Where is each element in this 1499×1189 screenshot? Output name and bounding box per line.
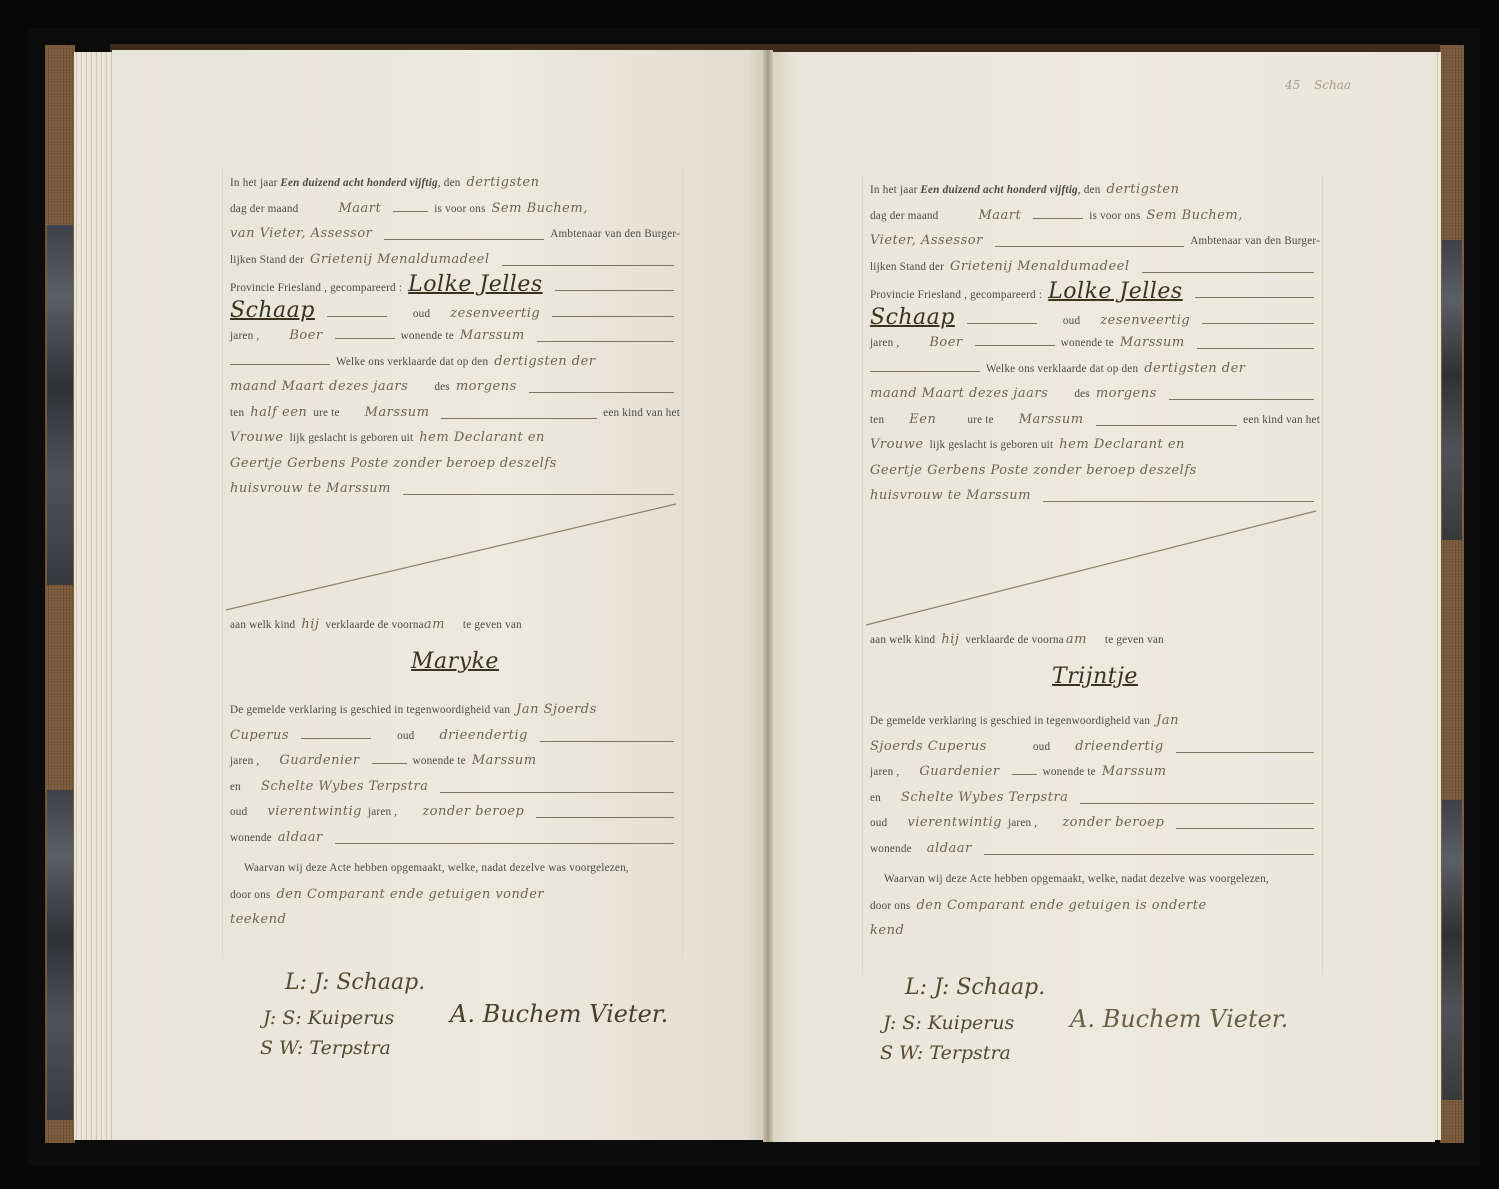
row-hour: ten Een ure te Marssum een kind van het	[870, 407, 1320, 433]
label-wonende: wonende	[870, 837, 912, 863]
birth-day-value: dertigsten der	[1144, 356, 1245, 382]
birth-month-value: maand Maart dezes jaars	[870, 381, 1048, 407]
child-name-value: Trijntje	[1052, 664, 1138, 689]
fill-line	[1169, 387, 1314, 400]
row-name-given: aan welk kind hij verklaarde de voorna a…	[870, 627, 1320, 653]
voorna-suffix: am	[1066, 627, 1087, 653]
label-intro: In het jaar	[230, 171, 278, 197]
fill-line	[1195, 285, 1314, 298]
strike-through-line	[218, 502, 688, 612]
child-name-value: Maryke	[411, 649, 499, 674]
label-aan-welk-kind: aan welk kind	[230, 613, 295, 639]
fill-line	[335, 831, 674, 844]
fill-line	[1176, 740, 1314, 753]
row-welke: Welke ons verklaarde dat op den dertigst…	[230, 349, 680, 375]
label-den: , den	[1078, 178, 1101, 204]
municipality-value: Grietenij Menaldumadeel	[950, 254, 1129, 280]
witness2-residence-value: aldaar	[278, 825, 323, 851]
hour-value: half een	[250, 400, 307, 426]
label-aan-welk-kind: aan welk kind	[870, 628, 935, 654]
row-declarant-occupation: jaren , Boer wonende te Marssum	[230, 323, 680, 349]
witness1-age-value: drieendertig	[1075, 734, 1163, 760]
witness1-age-value: drieendertig	[439, 723, 527, 749]
row-birth-month: maand Maart dezes jaars des morgens	[230, 374, 680, 400]
page-annotation: Schaa	[1314, 78, 1351, 92]
witness2-occupation-value: zonder beroep	[1062, 810, 1164, 836]
parents-line-1: hem Declarant en	[419, 425, 545, 451]
marbled-endpaper-left-upper	[47, 225, 73, 585]
fill-line	[1096, 413, 1238, 426]
fill-line	[967, 313, 1037, 324]
row-sex: Vrouwe lijk geslacht is geboren uit hem …	[870, 432, 1320, 458]
fill-line	[502, 253, 674, 266]
signature-official: A. Buchem Vieter.	[450, 1000, 668, 1028]
official-title-value: Vieter, Assessor	[870, 228, 983, 254]
fill-line	[1080, 791, 1314, 804]
label-gemelde: De gemelde verklaring is geschied in teg…	[870, 709, 1150, 735]
witness2-name-value: Schelte Wybes Terpstra	[261, 774, 428, 800]
label-ambtenaar: Ambtenaar van den Burger-	[1190, 229, 1320, 255]
month-value: Maart	[338, 196, 381, 222]
birth-record-left: In het jaar Een duizend acht honderd vij…	[230, 170, 680, 933]
signature-official: A. Buchem Vieter.	[1070, 1005, 1288, 1033]
label-welke-ons: Welke ons verklaarde dat op den	[986, 357, 1138, 383]
birth-day-value: dertigsten der	[494, 349, 595, 375]
label-oud: oud	[397, 724, 414, 750]
strike-through-line	[858, 509, 1328, 627]
label-oud: oud	[230, 800, 247, 826]
year-words: Een duizend acht honderd vijftig	[280, 177, 437, 189]
row-municipality: lijken Stand der Grietenij Menaldumadeel	[230, 247, 680, 273]
struck-out-space	[230, 502, 680, 612]
fill-line	[393, 201, 428, 212]
witness1-first-value: Jan Sjoerds	[516, 697, 597, 723]
label-te-geven-van: te geven van	[1105, 628, 1164, 654]
label-jaren: jaren ,	[230, 749, 259, 775]
fill-line	[1176, 816, 1314, 829]
row-witness1-occupation: jaren , Guardenier wonende te Marssum	[230, 748, 680, 774]
signature-declarant: L: J: Schaap.	[285, 970, 425, 995]
page-number-value: 45	[1285, 78, 1300, 92]
row-signed-2: kend	[870, 918, 1320, 944]
label-jaren: jaren ,	[870, 331, 899, 357]
row-waarvan: Waarvan wij deze Acte hebben opgemaakt, …	[230, 856, 680, 882]
page-stack-left	[74, 52, 114, 1140]
fill-line	[536, 805, 674, 818]
label-des: des	[1074, 382, 1090, 408]
signed-by-line-1: den Comparant ende getuigen vonder	[276, 882, 544, 908]
label-waarvan: Waarvan wij deze Acte hebben opgemaakt, …	[884, 867, 1269, 893]
signature-witness1: J: S: Kuiperus	[883, 1012, 1014, 1034]
witness1-last-value: Cuperus	[230, 723, 289, 749]
label-month: dag der maand	[230, 197, 298, 223]
pronoun-value: hij	[941, 627, 959, 653]
fill-line	[1197, 336, 1314, 349]
label-en: en	[230, 775, 241, 801]
row-witnesses: De gemelde verklaring is geschied in teg…	[870, 708, 1320, 734]
label-ten: ten	[230, 401, 244, 427]
fill-line	[1012, 764, 1037, 775]
signature-witness2: S W: Terpstra	[260, 1037, 391, 1059]
day-value: dertigsten	[467, 170, 540, 196]
book-gutter	[763, 50, 773, 1142]
row-declarant: Provincie Friesland , gecompareerd : Lol…	[870, 279, 1320, 305]
signatures-right: L: J: Schaap. J: S: Kuiperus S W: Terpst…	[875, 970, 1335, 1090]
row-municipality: lijken Stand der Grietenij Menaldumadeel	[870, 254, 1320, 280]
municipality-value: Grietenij Menaldumadeel	[310, 247, 489, 273]
label-door-ons: door ons	[870, 894, 910, 920]
label-wonende-te: wonende te	[1061, 331, 1114, 357]
label-oud: oud	[870, 811, 887, 837]
child-name-block: Maryke	[230, 637, 680, 687]
birth-record-right: In het jaar Een duizend acht honderd vij…	[870, 177, 1320, 944]
label-intro: In het jaar	[870, 178, 918, 204]
day-value: dertigsten	[1107, 177, 1180, 203]
row-year: In het jaar Een duizend acht honderd vij…	[870, 177, 1320, 203]
fill-line	[372, 753, 407, 764]
label-burgerlijke-stand: lijken Stand der	[870, 255, 944, 281]
fill-line	[1033, 208, 1083, 219]
row-witness2: en Schelte Wybes Terpstra	[870, 785, 1320, 811]
declarant-residence-value: Marssum	[1120, 330, 1185, 356]
row-witness2-residence: wonende aldaar	[870, 836, 1320, 862]
fill-line	[975, 335, 1055, 346]
label-ure-te: ure te	[313, 401, 339, 427]
fill-line	[1202, 311, 1314, 324]
row-parents-2: Geertje Gerbens Poste zonder beroep desz…	[870, 458, 1320, 484]
label-ten: ten	[870, 408, 884, 434]
row-hour: ten half een ure te Marssum een kind van…	[230, 400, 680, 426]
parents-line-2: Geertje Gerbens Poste zonder beroep desz…	[230, 451, 557, 477]
row-witness2: en Schelte Wybes Terpstra	[230, 774, 680, 800]
witness2-occupation-value: zonder beroep	[422, 799, 524, 825]
fill-line	[335, 328, 395, 339]
witness2-age-value: vierentwintig	[907, 810, 1002, 836]
row-witness2-residence: wonende aldaar	[230, 825, 680, 851]
row-welke: Welke ons verklaarde dat op den dertigst…	[870, 356, 1320, 382]
time-of-day-value: morgens	[1096, 381, 1157, 407]
official-value: Sem Buchem,	[1147, 203, 1243, 229]
label-jaren: jaren ,	[368, 800, 397, 826]
label-month: dag der maand	[870, 204, 938, 230]
witness2-name-value: Schelte Wybes Terpstra	[901, 785, 1068, 811]
row-month: dag der maand Maart is voor ons Sem Buch…	[230, 196, 680, 222]
row-parents-3: huisvrouw te Marssum	[870, 483, 1320, 509]
fill-line	[529, 380, 674, 393]
fill-line	[440, 780, 674, 793]
fill-line	[230, 354, 330, 365]
fill-line	[441, 406, 597, 419]
declarant-name-value: Lolke Jelles	[1048, 279, 1182, 305]
declarant-surname-value: Schaap	[870, 305, 955, 331]
label-voor-ons: is voor ons	[434, 197, 485, 223]
row-parents-2: Geertje Gerbens Poste zonder beroep desz…	[230, 451, 680, 477]
parents-line-3: huisvrouw te Marssum	[870, 483, 1031, 509]
label-voor-ons: is voor ons	[1089, 204, 1140, 230]
fill-line	[384, 227, 544, 240]
row-official: van Vieter, Assessor Ambtenaar van den B…	[230, 221, 680, 247]
witness1-occupation-value: Guardenier	[919, 759, 999, 785]
label-oud: oud	[1033, 735, 1050, 761]
signed-by-line-2: kend	[870, 918, 904, 944]
label-wonende-te: wonende te	[1043, 760, 1096, 786]
marbled-endpaper-right-lower	[1442, 800, 1462, 1100]
fill-line	[301, 728, 371, 739]
fill-line	[540, 729, 674, 742]
label-gemelde: De gemelde verklaring is geschied in teg…	[230, 698, 510, 724]
parents-line-2: Geertje Gerbens Poste zonder beroep desz…	[870, 458, 1197, 484]
witness1-residence-value: Marssum	[472, 748, 537, 774]
row-witness1-occupation: jaren , Guardenier wonende te Marssum	[870, 759, 1320, 785]
fill-line	[555, 278, 674, 291]
label-voorna: verklaarde de voorna	[325, 613, 423, 639]
row-witness2-age: oud vierentwintig jaren , zonder beroep	[230, 799, 680, 825]
declarant-occupation-value: Boer	[289, 323, 322, 349]
label-ure-te: ure te	[967, 408, 993, 434]
row-name-given: aan welk kind hij verklaarde de voorna a…	[230, 612, 680, 638]
child-name-block: Trijntje	[870, 652, 1320, 702]
hour-value: Een	[909, 407, 936, 433]
time-of-day-value: morgens	[456, 374, 517, 400]
month-value: Maart	[978, 203, 1021, 229]
label-jaren: jaren ,	[1008, 811, 1037, 837]
declarant-name-value: Lolke Jelles	[408, 272, 542, 298]
pronoun-value: hij	[301, 612, 319, 638]
page-number: 45 Schaa	[1285, 78, 1351, 92]
fill-line	[552, 304, 674, 317]
parents-line-1: hem Declarant en	[1059, 432, 1185, 458]
signed-by-line-1: den Comparant ende getuigen is onderte	[916, 893, 1206, 919]
label-wonende: wonende	[230, 826, 272, 852]
label-wonende-te: wonende te	[401, 324, 454, 350]
fill-line	[537, 329, 674, 342]
label-den: , den	[438, 171, 461, 197]
row-birth-month: maand Maart dezes jaars des morgens	[870, 381, 1320, 407]
label-wonende-te: wonende te	[413, 749, 466, 775]
declarant-occupation-value: Boer	[929, 330, 962, 356]
fill-line	[1043, 489, 1314, 502]
struck-out-space	[870, 509, 1320, 627]
row-witness1-age: Cuperus oud drieendertig	[230, 723, 680, 749]
marbled-endpaper-right-upper	[1442, 240, 1462, 540]
label-burgerlijke-stand: lijken Stand der	[230, 248, 304, 274]
witness1-first-value: Jan	[1156, 708, 1179, 734]
row-sex: Vrouwe lijk geslacht is geboren uit hem …	[230, 425, 680, 451]
label-ambtenaar: Ambtenaar van den Burger-	[550, 222, 680, 248]
fill-line	[1142, 260, 1314, 273]
row-parents-3: huisvrouw te Marssum	[230, 476, 680, 502]
label-waarvan: Waarvan wij deze Acte hebben opgemaakt, …	[244, 856, 629, 882]
row-witnesses: De gemelde verklaring is geschied in teg…	[230, 697, 680, 723]
label-voorna: verklaarde de voorna	[965, 628, 1063, 654]
fill-line	[870, 361, 980, 372]
official-title-value: van Vieter, Assessor	[230, 221, 372, 247]
row-declarant-occupation: jaren , Boer wonende te Marssum	[870, 330, 1320, 356]
signature-witness1: J: S: Kuiperus	[263, 1007, 394, 1029]
signature-declarant: L: J: Schaap.	[905, 975, 1045, 1000]
label-jaren: jaren ,	[230, 324, 259, 350]
row-year: In het jaar Een duizend acht honderd vij…	[230, 170, 680, 196]
signed-by-line-2: teekend	[230, 907, 286, 933]
row-door-ons: door ons den Comparant ende getuigen von…	[230, 882, 680, 908]
official-value: Sem Buchem,	[492, 196, 588, 222]
child-sex-value: Vrouwe	[870, 432, 924, 458]
signature-witness2: S W: Terpstra	[880, 1042, 1011, 1064]
marbled-endpaper-left-lower	[47, 790, 73, 1120]
row-witness2-age: oud vierentwintig jaren , zonder beroep	[870, 810, 1320, 836]
row-waarvan: Waarvan wij deze Acte hebben opgemaakt, …	[870, 867, 1320, 893]
signatures-left: L: J: Schaap. J: S: Kuiperus S W: Terpst…	[255, 965, 715, 1085]
declarant-surname-value: Schaap	[230, 298, 315, 324]
row-declarant-age: Schaap oud zesenveertig	[230, 298, 680, 324]
row-witness1-age: Sjoerds Cuperus oud drieendertig	[870, 734, 1320, 760]
row-declarant: Provincie Friesland , gecompareerd : Lol…	[230, 272, 680, 298]
witness1-residence-value: Marssum	[1102, 759, 1167, 785]
witness2-age-value: vierentwintig	[267, 799, 362, 825]
witness1-last-value: Sjoerds Cuperus	[870, 734, 987, 760]
birth-place-value: Marssum	[365, 400, 430, 426]
label-te-geven-van: te geven van	[463, 613, 522, 639]
label-door-ons: door ons	[230, 883, 270, 909]
witness2-residence-value: aldaar	[927, 836, 972, 862]
birth-place-value: Marssum	[1019, 407, 1084, 433]
label-geslacht: lijk geslacht is geboren uit	[290, 426, 414, 452]
label-geslacht: lijk geslacht is geboren uit	[930, 433, 1054, 459]
birth-month-value: maand Maart dezes jaars	[230, 374, 408, 400]
voorna-suffix: am	[424, 612, 445, 638]
witness1-occupation-value: Guardenier	[279, 748, 359, 774]
parents-line-3: huisvrouw te Marssum	[230, 476, 391, 502]
row-signed-2: teekend	[230, 907, 680, 933]
row-official: Vieter, Assessor Ambtenaar van den Burge…	[870, 228, 1320, 254]
fill-line	[403, 482, 674, 495]
label-jaren: jaren ,	[870, 760, 899, 786]
child-sex-value: Vrouwe	[230, 425, 284, 451]
year-words: Een duizend acht honderd vijftig	[920, 184, 1077, 196]
label-welke-ons: Welke ons verklaarde dat op den	[336, 350, 488, 376]
row-declarant-age: Schaap oud zesenveertig	[870, 305, 1320, 331]
declarant-residence-value: Marssum	[460, 323, 525, 349]
row-month: dag der maand Maart is voor ons Sem Buch…	[870, 203, 1320, 229]
fill-line	[327, 306, 387, 317]
row-door-ons: door ons den Comparant ende getuigen is …	[870, 893, 1320, 919]
label-en: en	[870, 786, 881, 812]
label-een-kind: een kind van het	[603, 401, 680, 427]
label-een-kind: een kind van het	[1243, 408, 1320, 434]
fill-line	[995, 234, 1184, 247]
label-des: des	[434, 375, 450, 401]
fill-line	[984, 842, 1314, 855]
